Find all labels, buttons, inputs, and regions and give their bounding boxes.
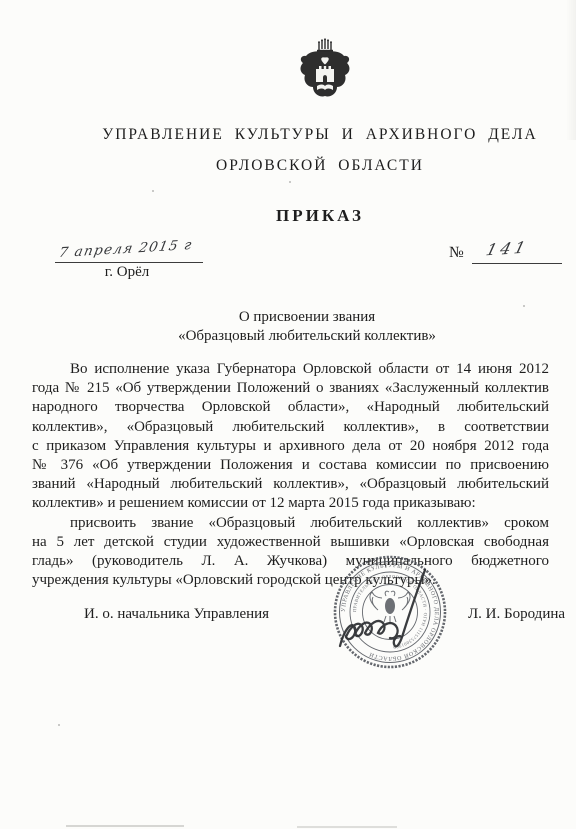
- scan-edge-shading: [566, 0, 576, 140]
- body-line: № 376 «Об утверждении Положения и состав…: [32, 456, 549, 475]
- body-line: года № 215 «Об утверждении Положений о з…: [32, 379, 549, 398]
- body-line: коллектив» и решением комиссии от 12 мар…: [32, 494, 549, 513]
- subject-block: О присвоении звания «Образцовый любитель…: [57, 308, 557, 345]
- coat-of-arms-oryol-oblast-icon: [295, 38, 355, 110]
- body-line: с приказом Управления культуры и архивно…: [32, 437, 549, 456]
- body-line: коллектив», «Образцовый любительский кол…: [32, 418, 549, 437]
- body-line: народного творчества Орловской области»,…: [32, 398, 549, 417]
- handwritten-date: 7 апреля 2015 г: [58, 237, 194, 261]
- body-line: Во исполнение указа Губернатора Орловско…: [32, 360, 549, 379]
- body-line: званий «Народный любительский коллектив»…: [32, 475, 549, 494]
- stamp-eagle-icon: [370, 591, 410, 623]
- scan-speck: [58, 724, 60, 726]
- org-name-line2: ОРЛОВСКОЙ ОБЛАСТИ: [70, 157, 570, 175]
- scan-speck: [289, 181, 291, 183]
- scan-bottom-edge-line: [66, 825, 184, 827]
- signer-position: И. о. начальника Управления: [84, 606, 269, 623]
- handwritten-number: 141: [484, 238, 531, 260]
- body-line: гладь» (руководитель Л. А. Жучкова) муни…: [32, 552, 549, 571]
- date-underline: [55, 262, 203, 263]
- city-label: г. Орёл: [57, 264, 197, 281]
- order-body: Во исполнение указа Губернатора Орловско…: [32, 360, 549, 590]
- body-line: учреждения культуры «Орловский городской…: [32, 571, 549, 590]
- signer-name: Л. И. Бородина: [468, 606, 565, 623]
- body-line: на 5 лет детской студии художественной в…: [32, 533, 549, 552]
- document-type-title: ПРИКАЗ: [70, 206, 570, 226]
- official-round-stamp: УПРАВЛЕНИЕ КУЛЬТУРЫ И АРХИВНОГО ДЕЛА ОРЛ…: [328, 550, 452, 674]
- scanned-order-document: УПРАВЛЕНИЕ КУЛЬТУРЫ И АРХИВНОГО ДЕЛА ОРЛ…: [0, 0, 576, 829]
- body-line: присвоить звание «Образцовый любительски…: [32, 514, 549, 533]
- org-name-line1: УПРАВЛЕНИЕ КУЛЬТУРЫ И АРХИВНОГО ДЕЛА: [70, 126, 570, 144]
- subject-line2: «Образцовый любительский коллектив»: [57, 327, 557, 346]
- subject-line1: О присвоении звания: [57, 308, 557, 327]
- scan-bottom-edge-line: [297, 826, 397, 828]
- scan-speck: [523, 305, 525, 307]
- scan-speck: [152, 190, 154, 192]
- number-underline: [472, 263, 562, 264]
- scan-speck: [224, 333, 225, 334]
- number-sign: №: [449, 244, 464, 262]
